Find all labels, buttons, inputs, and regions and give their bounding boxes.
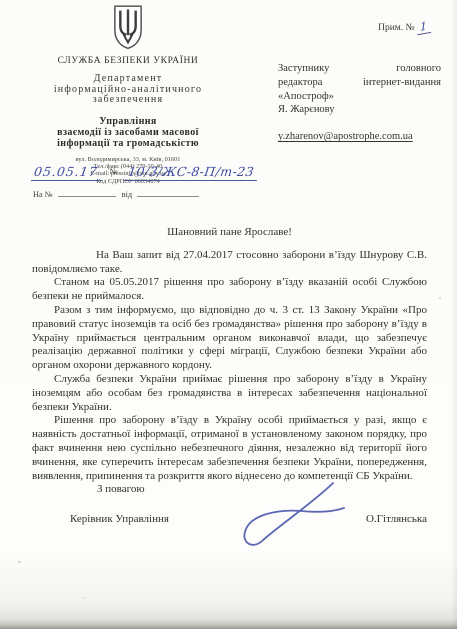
addressee-line: «Апостроф» — [278, 90, 441, 104]
ukraine-trident-emblem-icon — [111, 4, 145, 50]
outgoing-date-handwritten: 05.05.17 — [31, 164, 104, 181]
signer-title: Керівник Управління — [70, 513, 169, 525]
letter-body: Шановний пане Ярославе! На Ваш запит від… — [32, 226, 427, 483]
body-paragraph: Разом з тим інформуємо, що відповідно до… — [32, 304, 427, 373]
department-name: Департамент інформаційно-аналітичного за… — [8, 74, 248, 106]
scan-speck — [83, 597, 85, 599]
body-paragraph: Служба безпеки України приймає рішення п… — [32, 373, 427, 414]
org-name: СЛУЖБА БЕЗПЕКИ УКРАЇНИ — [8, 56, 248, 66]
reply-number-blank — [58, 188, 116, 197]
division-line: взаємодії із засобами масової — [8, 127, 248, 138]
division-line: Управління — [8, 116, 248, 127]
department-line: забезпечення — [8, 95, 248, 106]
scan-speck — [18, 561, 21, 563]
division-line: інформації та громадськістю — [8, 138, 248, 149]
copy-number-note: Прим. № 1 — [378, 20, 431, 34]
department-line: Департамент — [8, 74, 248, 85]
reply-date-label: від — [122, 190, 132, 199]
copy-number-handwritten: 1 — [417, 19, 431, 36]
closing-regards: З повагою — [97, 483, 145, 495]
reply-number-label: На № — [33, 190, 53, 199]
letterhead: СЛУЖБА БЕЗПЕКИ УКРАЇНИ Департамент інфор… — [8, 4, 248, 185]
addressee-line: редактора інтернет-видання — [278, 76, 441, 90]
reply-reference-line: На №від — [33, 188, 199, 199]
division-name: Управління взаємодії із засобами масової… — [8, 116, 248, 149]
scan-speck — [439, 297, 441, 299]
signer-name: О.Гітлянська — [366, 513, 427, 525]
addressee-block: Заступнику головного редактора інтернет-… — [278, 62, 441, 144]
copy-number-label: Прим. № — [378, 23, 415, 33]
outgoing-number-handwritten: 10/3/ЖС-8-П/т-23 — [124, 164, 259, 181]
scanned-letter-page: СЛУЖБА БЕЗПЕКИ УКРАЇНИ Департамент інфор… — [0, 0, 457, 629]
addressee-name: Я. Жарєнову — [278, 103, 441, 117]
body-paragraph: Станом на 05.05.2017 рішення про заборон… — [32, 276, 427, 304]
reply-date-blank — [137, 188, 199, 197]
body-paragraph: На Ваш запит від 27.04.2017 стосовно заб… — [32, 249, 427, 277]
addressee-line: Заступнику головного — [278, 62, 441, 76]
street-address: вул. Володимирська, 33, м. Київ, 01601 — [8, 156, 248, 163]
body-paragraph: Рішення про заборону в’їзду в Україну ос… — [32, 414, 427, 483]
number-sign-label: № — [110, 166, 118, 176]
outgoing-reference-line: 05.05.17 № 10/3/ЖС-8-П/т-23 — [32, 163, 302, 181]
addressee-email: y.zharenov@apostrophe.com.ua — [278, 130, 441, 144]
salutation: Шановний пане Ярославе! — [32, 226, 427, 240]
signature-row: Керівник Управління О.Гітлянська — [70, 513, 427, 525]
